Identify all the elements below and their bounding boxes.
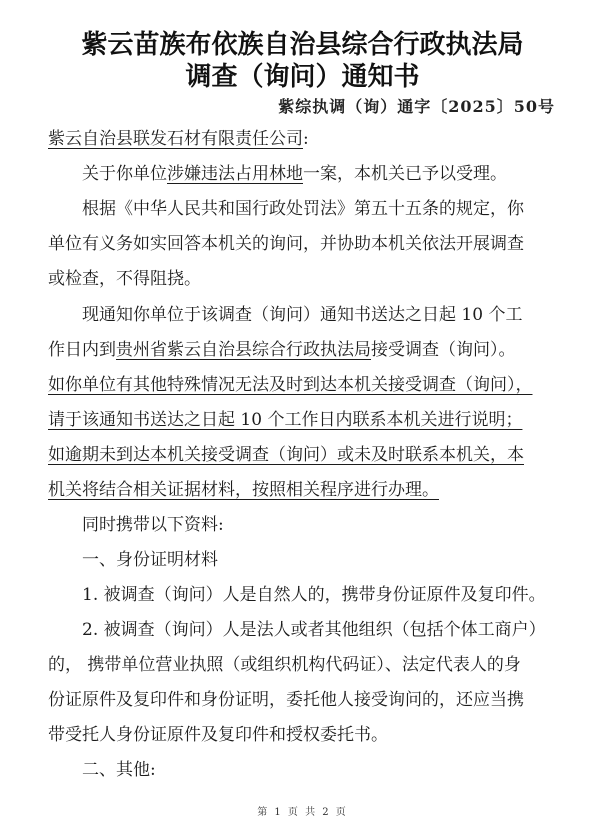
document-number: 紫综执调（询）通字〔2025〕50号 [278, 94, 555, 117]
notice-place: 贵州省紫云自治县综合行政执法局 [116, 340, 371, 360]
paragraph-legal-basis-line2: 单位有义务如实回答本机关的询问，并协助本机关依法开展调查 [48, 233, 558, 255]
paragraph-notice-line1: 现通知你单位于该调查（询问）通知书送达之日起 10 个工 [82, 304, 592, 326]
notice-place-suffix: 接受调查（询问）。 [371, 340, 516, 360]
case-prefix: 关于你单位 [82, 164, 167, 184]
materials-intro: 同时携带以下资料: [82, 514, 592, 536]
list-item-legal-person-line2: 的， 携带单位营业执照（或组织机构代码证）、法定代表人的身 [48, 654, 558, 676]
paragraph-case: 关于你单位涉嫌违法占用林地一案，本机关已予以受理。 [82, 163, 592, 185]
section-heading-other: 二、其他: [82, 759, 592, 781]
list-item-legal-person-line1: 2. 被调查（询问）人是法人或者其他组织（包括个体工商户） [82, 619, 592, 641]
list-item-legal-person-line3: 份证原件及复印件和身份证明，委托他人接受询问的，还应当携 [48, 689, 558, 711]
case-description: 涉嫌违法占用林地 [167, 164, 303, 184]
list-item-legal-person-line4: 带受托人身份证原件及复印件和授权委托书。 [48, 724, 558, 746]
list-item-natural-person: 1. 被调查（询问）人是自然人的，携带身份证原件及复印件。 [82, 584, 592, 606]
paragraph-notice-line4: 请于该通知书送达之日起 10 个工作日内联系本机关进行说明； [48, 409, 558, 431]
paragraph-notice-line2: 作日内到贵州省紫云自治县综合行政执法局接受调查（询问）。 [48, 339, 558, 361]
addressee-name: 紫云自治县联发石材有限责任公司 [48, 129, 303, 149]
paragraph-notice-line3: 如你单位有其他特殊情况无法及时到达本机关接受调查（询问）， [48, 374, 558, 396]
paragraph-notice-line5: 如逾期未到达本机关接受调查（询问）或未及时联系本机关，本 [48, 444, 558, 466]
document-title-notice: 调查（询问）通知书 [0, 56, 605, 93]
addressee-line: 紫云自治县联发石材有限责任公司: [48, 128, 558, 150]
paragraph-legal-basis-line3: 或检查，不得阻挠。 [48, 268, 558, 290]
paragraph-legal-basis-line1: 根据《中华人民共和国行政处罚法》第五十五条的规定，你 [82, 198, 592, 220]
addressee-colon: : [303, 129, 309, 149]
case-suffix: 一案，本机关已予以受理。 [303, 164, 507, 184]
paragraph-notice-line6: 机关将结合相关证据材料，按照相关程序进行办理。 [48, 479, 558, 501]
notice-place-prefix: 作日内到 [48, 340, 116, 360]
page-number: 第 1 页 共 2 页 [0, 803, 605, 818]
section-heading-identity: 一、身份证明材料 [82, 549, 592, 571]
